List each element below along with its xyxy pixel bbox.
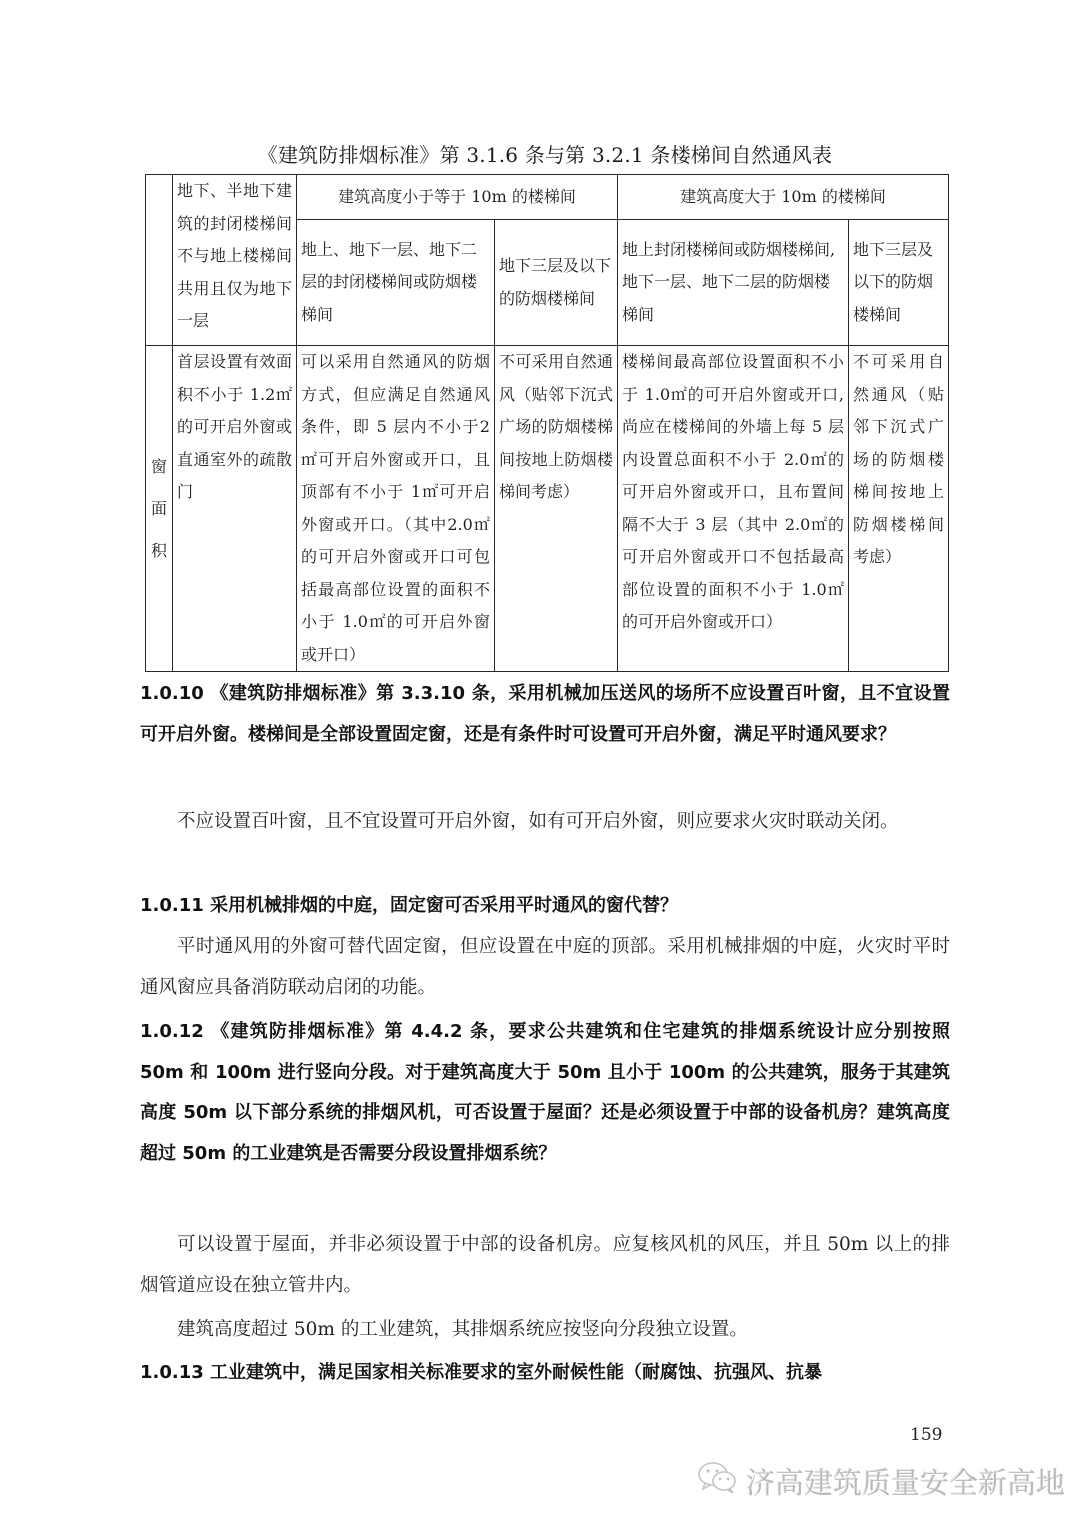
row-label-window-area: 窗面积	[146, 346, 173, 672]
header-group-gt-10m: 建筑高度大于 10m 的楼梯间	[618, 175, 949, 220]
header-group-le-10m: 建筑高度小于等于 10m 的楼梯间	[297, 175, 618, 220]
answer-1-0-11: 平时通风用的外窗可替代固定窗，但应设置在中庭的顶部。采用机械排烟的中庭，火灾时平…	[140, 927, 950, 1008]
ventilation-table: 地下、半地下建筑的封闭楼梯间不与地上楼梯间共用且仅为地下一层 建筑高度小于等于 …	[145, 174, 949, 672]
cell-le10-above-ground: 可以采用自然通风的防烟方式，但应满足自然通风条件，即 5 层内不小于2㎡可开启外…	[297, 346, 495, 672]
header-gt10-basement3: 地下三层及以下的防烟楼梯间	[849, 220, 949, 346]
page-number: 159	[910, 1425, 942, 1445]
cell-underground-only: 首层设置有效面积不小于 1.2㎡的可开启外窗或直通室外的疏散门	[173, 346, 297, 672]
watermark: 济高建筑质量安全新高地	[696, 1460, 1065, 1503]
cell-le10-basement3: 不可采用自然通风（贴邻下沉式广场的防烟楼梯间按地上防烟楼梯间考虑）	[495, 346, 618, 672]
wechat-icon	[696, 1460, 740, 1503]
answer-1-0-10: 不应设置百叶窗，且不宜设置可开启外窗，如有可开启外窗，则应要求火灾时联动关闭。	[140, 802, 950, 843]
table-corner-cell	[146, 175, 173, 346]
answer-1-0-12-a: 可以设置于屋面，并非必须设置于中部的设备机房。应复核风机的风压，并且 50m 以…	[140, 1225, 950, 1306]
question-1-0-10: 1.0.10 《建筑防排烟标准》第 3.3.10 条，采用机械加压送风的场所不应…	[140, 674, 950, 755]
question-1-0-13: 1.0.13 工业建筑中，满足国家相关标准要求的室外耐候性能（耐腐蚀、抗强风、抗…	[140, 1353, 950, 1394]
watermark-text: 济高建筑质量安全新高地	[746, 1461, 1065, 1502]
cell-gt10-basement3: 不可采用自然通风（贴邻下沉式广场的防烟楼梯间按地上防烟楼梯间考虑）	[849, 346, 949, 672]
header-le10-above-ground: 地上、地下一层、地下二层的封闭楼梯间或防烟楼梯间	[297, 220, 495, 346]
answer-1-0-12-b: 建筑高度超过 50m 的工业建筑，其排烟系统应按竖向分段独立设置。	[140, 1310, 950, 1351]
header-le10-basement3: 地下三层及以下的防烟楼梯间	[495, 220, 618, 346]
cell-gt10-above-ground: 楼梯间最高部位设置面积不小于 1.0㎡的可开启外窗或开口,尚应在楼梯间的外墙上每…	[618, 346, 849, 672]
question-1-0-12: 1.0.12 《建筑防排烟标准》第 4.4.2 条，要求公共建筑和住宅建筑的排烟…	[140, 1012, 950, 1174]
header-underground-only: 地下、半地下建筑的封闭楼梯间不与地上楼梯间共用且仅为地下一层	[173, 175, 297, 346]
header-gt10-above-ground: 地上封闭楼梯间或防烟楼梯间,地下一层、地下二层的防烟楼梯间	[618, 220, 849, 346]
question-1-0-11: 1.0.11 采用机械排烟的中庭，固定窗可否采用平时通风的窗代替？	[140, 886, 950, 927]
table-title: 《建筑防排烟标准》第 3.1.6 条与第 3.2.1 条楼梯间自然通风表	[140, 139, 950, 168]
